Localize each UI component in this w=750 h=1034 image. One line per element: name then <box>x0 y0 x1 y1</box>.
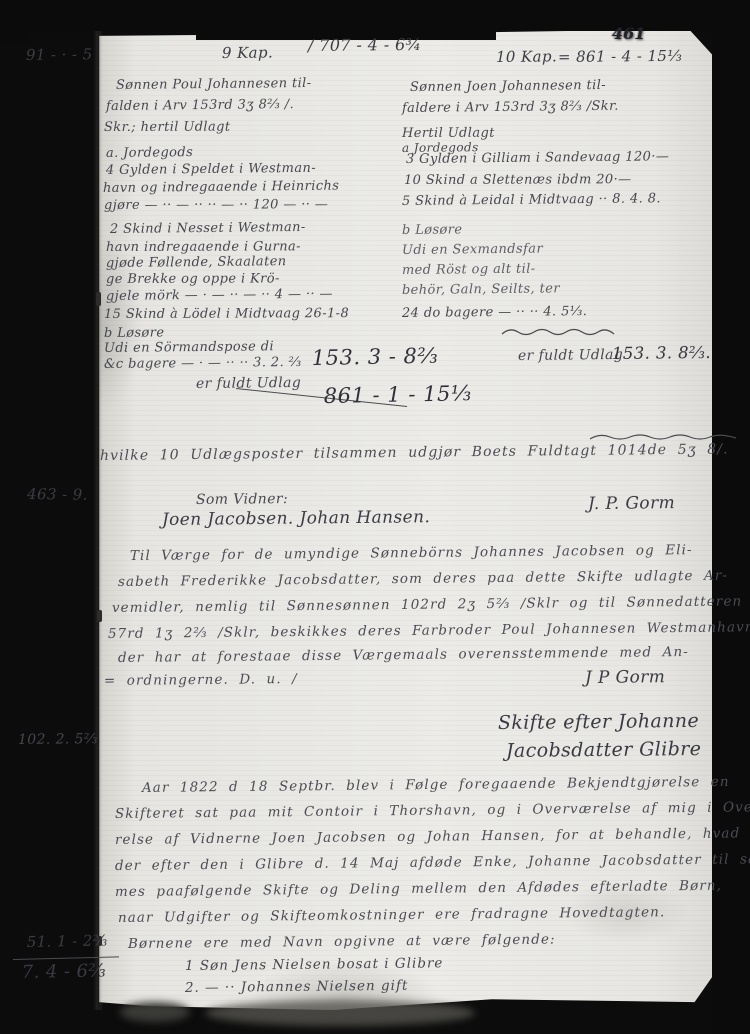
gutter-thread-mark <box>96 292 101 306</box>
child-item: 2. — ·· Johannes Nielsen gift <box>185 978 409 996</box>
entry-total-right: 153. 3. 8⅔. <box>612 343 711 363</box>
flourish-above-summary <box>588 432 738 442</box>
entry-line: gjøde Føllende, Skaalaten <box>106 254 287 271</box>
entry-line: &c bagere — · — ·· ·· 3. 2. ⅔ <box>104 355 302 372</box>
book-gutter-fold <box>93 30 103 1010</box>
entry-line: havn og indregaaende i Heinrichs <box>103 179 340 196</box>
gutter-thread-mark <box>97 610 102 622</box>
chapter-label-left: 9 Kap. <box>222 43 273 62</box>
entry-sum-left: 153. 3 - 8⅔ <box>312 344 439 370</box>
gutter-bottom-smudge <box>120 1002 190 1022</box>
official-signature: J. P. Gorm <box>588 493 675 514</box>
film-edge-top-left-corner <box>0 0 30 45</box>
margin-note-bottom-lower: 7. 4 - 6⅔ <box>22 960 107 983</box>
section-heading-line1: Skifte efter Johanne <box>498 710 699 734</box>
margin-note-mid: 463 - 9. <box>27 485 88 504</box>
entry-line: havn indregaaende i Gurna- <box>106 239 301 255</box>
entry-line: gjele mörk — · — ·· — ·· 4 — ·· — <box>106 287 333 304</box>
manuscript-scan: 91 - · - 5 463 - 9. 102. 2. 5⅔ 51. 1 - 2… <box>0 0 750 1034</box>
entry-line: Sønnen Joen Johannesen til- <box>410 78 606 95</box>
flourish-squiggle-right-column <box>500 326 630 338</box>
page-bottom-curl-shadow <box>205 1000 475 1026</box>
margin-note-top: 91 - · - 5 <box>26 45 93 64</box>
chapter-label-right: 10 Kap. <box>496 47 557 66</box>
carryover-total-left: ∕ 707 - 4 - 6¾ <box>308 35 422 55</box>
entry-line: b Løsøre <box>402 222 463 238</box>
entry-line: Udi en Sörmandspose di <box>104 339 274 356</box>
entry-line: 5 Skind à Leidal i Midtvaag ·· 8. 4. 8. <box>402 191 661 209</box>
child-item: 1 Søn Jens Nielsen bosat i Glibre <box>185 955 444 974</box>
entry-line: faldere i Arv 153rd 3ʒ 8⅔ /Skr. <box>402 99 619 116</box>
witness-label: Som Vidner: <box>196 491 288 508</box>
entry-line: Skr.; hertil Udlagt <box>104 120 231 135</box>
entry-line: med Röst og alt til- <box>402 262 536 278</box>
entry-line: a. Jordegods <box>106 145 193 161</box>
entry-line: Sønnen Poul Johannesen til- <box>116 76 312 93</box>
entry-line: ge Brekke og oppe i Krö- <box>106 271 280 287</box>
film-edge-top-notch <box>196 0 496 40</box>
entry-line: Udi en Sexmandsfar <box>402 242 543 258</box>
section-heading-line2: Jacobsdatter Glibre <box>506 738 702 762</box>
entry-line: 10 Skind a Slettenæs ibdm 20·— <box>404 172 632 188</box>
entry-line: 4 Gylden i Speldet i Westman- <box>106 161 316 178</box>
witness-signatures: Joen Jacobsen. Johan Hansen. <box>162 507 431 530</box>
entry-line: 15 Skind à Lödel i Midtvaag 26-1-8 <box>104 306 349 322</box>
entry-footer-right: er fuldt Udlag <box>518 347 623 364</box>
entry-line: 2 Skind i Nesset i Westman- <box>110 220 306 237</box>
page-number: 461 <box>612 24 645 43</box>
carryover-total-right: = 861 - 4 - 15⅓ <box>558 47 683 66</box>
entry-line: Hertil Udlagt <box>402 126 495 141</box>
guardian-signature: J P Gorm <box>585 667 666 688</box>
entry-line: 24 do bagere — ·· ·· 4. 5⅓. <box>402 304 588 321</box>
margin-note-bottom-upper: 51. 1 - 2⅔ <box>27 931 108 951</box>
entry-total-left: 861 - 1 - 15⅓ <box>324 381 472 408</box>
guardian-line: = ordningerne. D. u. / <box>104 671 298 689</box>
entry-line: b Løsøre <box>104 325 165 341</box>
entry-line: falden i Arv 153rd 3ʒ 8⅔ /. <box>106 97 294 114</box>
entry-line: behör, Galn, Seilts, ter <box>402 281 560 298</box>
entry-line: gjøre — ·· — ·· ·· — ·· 120 — ·· — <box>104 197 328 213</box>
previous-page-edge <box>14 33 94 1007</box>
entry-line: 3 Gylden i Gilliam i Sandevaag 120·— <box>406 149 669 167</box>
margin-note-lower: 102. 2. 5⅔ <box>18 731 98 748</box>
